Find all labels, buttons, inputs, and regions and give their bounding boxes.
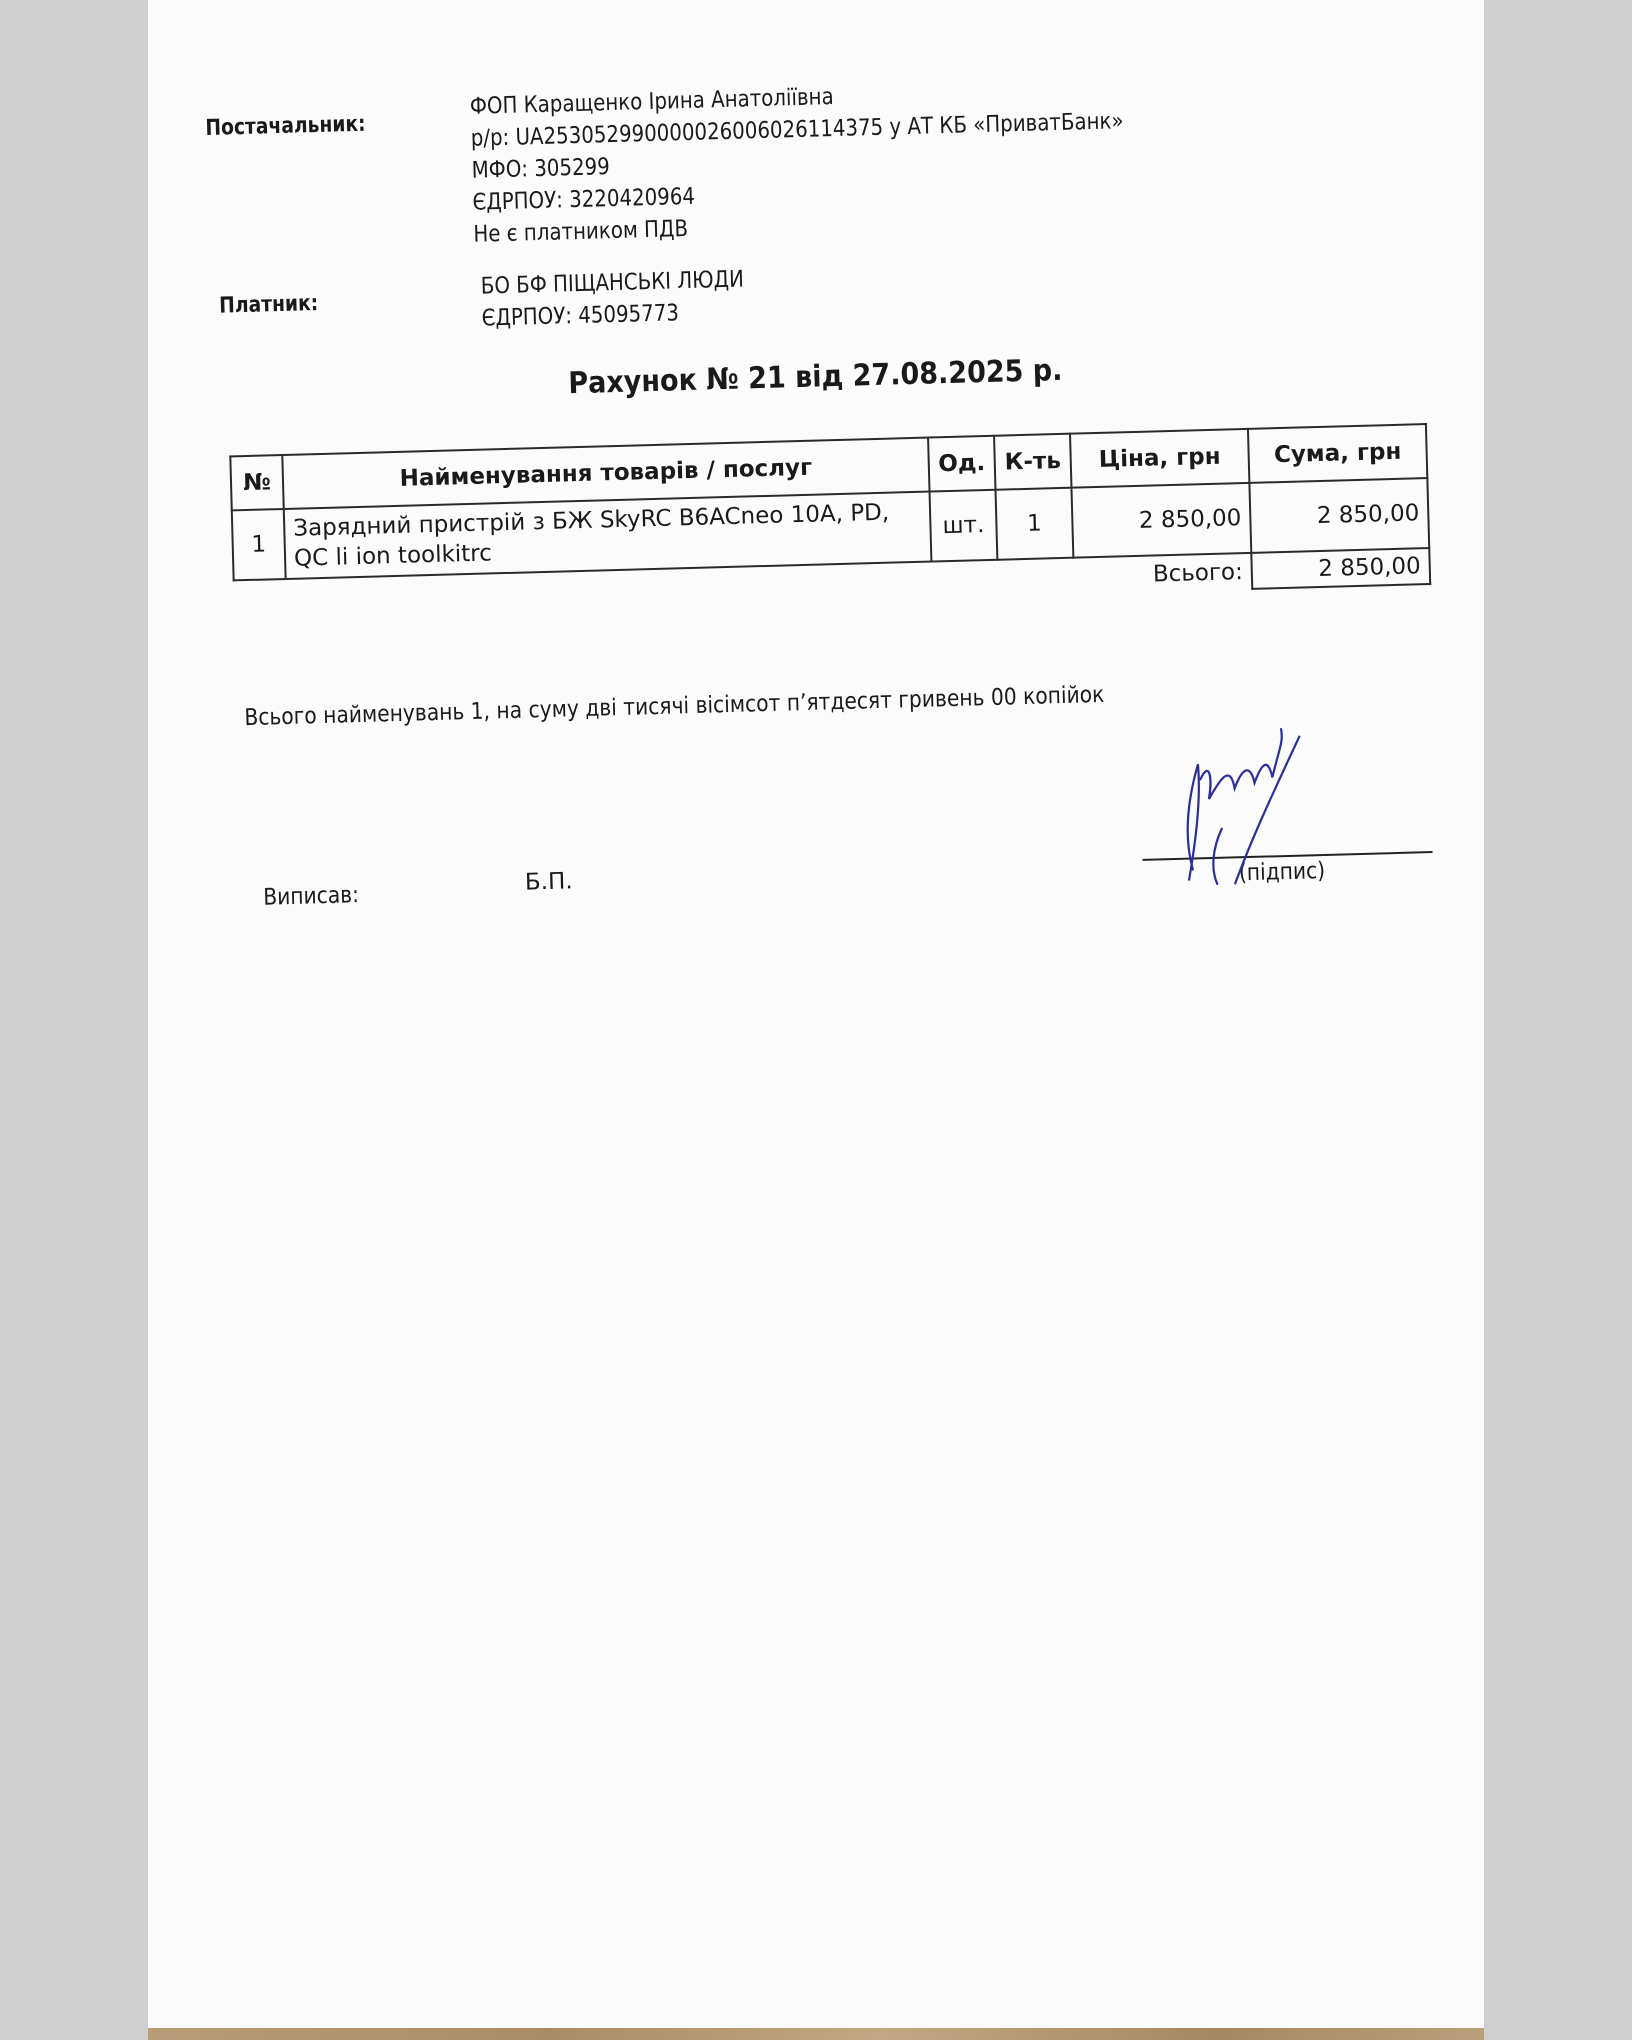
payer-label: Платник: xyxy=(219,291,319,319)
row-qty: 1 xyxy=(995,488,1073,560)
payer-details: БО БФ ПІЩАНСЬКІ ЛЮДИ ЄДРПОУ: 45095773 xyxy=(480,263,745,334)
issued-by-value: Б.П. xyxy=(525,868,573,895)
total-value: 2 850,00 xyxy=(1251,548,1430,589)
row-unit: шт. xyxy=(930,490,998,562)
handwritten-signature xyxy=(1149,715,1374,901)
col-header-unit: Од. xyxy=(928,436,995,492)
col-header-qty: К-ть xyxy=(994,434,1071,490)
row-number: 1 xyxy=(232,509,286,580)
supplier-details: ФОП Каращенко Ірина Анатоліївна р/р: UA2… xyxy=(470,73,1127,251)
supplier-label: Постачальник: xyxy=(205,112,366,141)
row-price: 2 850,00 xyxy=(1071,483,1251,558)
amount-in-words: Всього найменувань 1, на суму дві тисячі… xyxy=(244,682,1105,731)
col-header-number: № xyxy=(230,455,283,510)
col-header-price: Ціна, грн xyxy=(1070,429,1249,488)
invoice-content: Постачальник: ФОП Каращенко Ірина Анатол… xyxy=(0,0,1632,1021)
invoice-title: Рахунок № 21 від 27.08.2025 р. xyxy=(81,340,1550,415)
issued-by-label: Виписав: xyxy=(263,882,359,911)
col-header-sum: Сума, грн xyxy=(1248,424,1427,483)
payer-edrpou: ЄДРПОУ: 45095773 xyxy=(481,295,745,334)
invoice-table: № Найменування товарів / послуг Од. К-ть… xyxy=(229,423,1431,617)
desk-surface xyxy=(148,2028,1484,2040)
row-sum: 2 850,00 xyxy=(1249,478,1429,553)
